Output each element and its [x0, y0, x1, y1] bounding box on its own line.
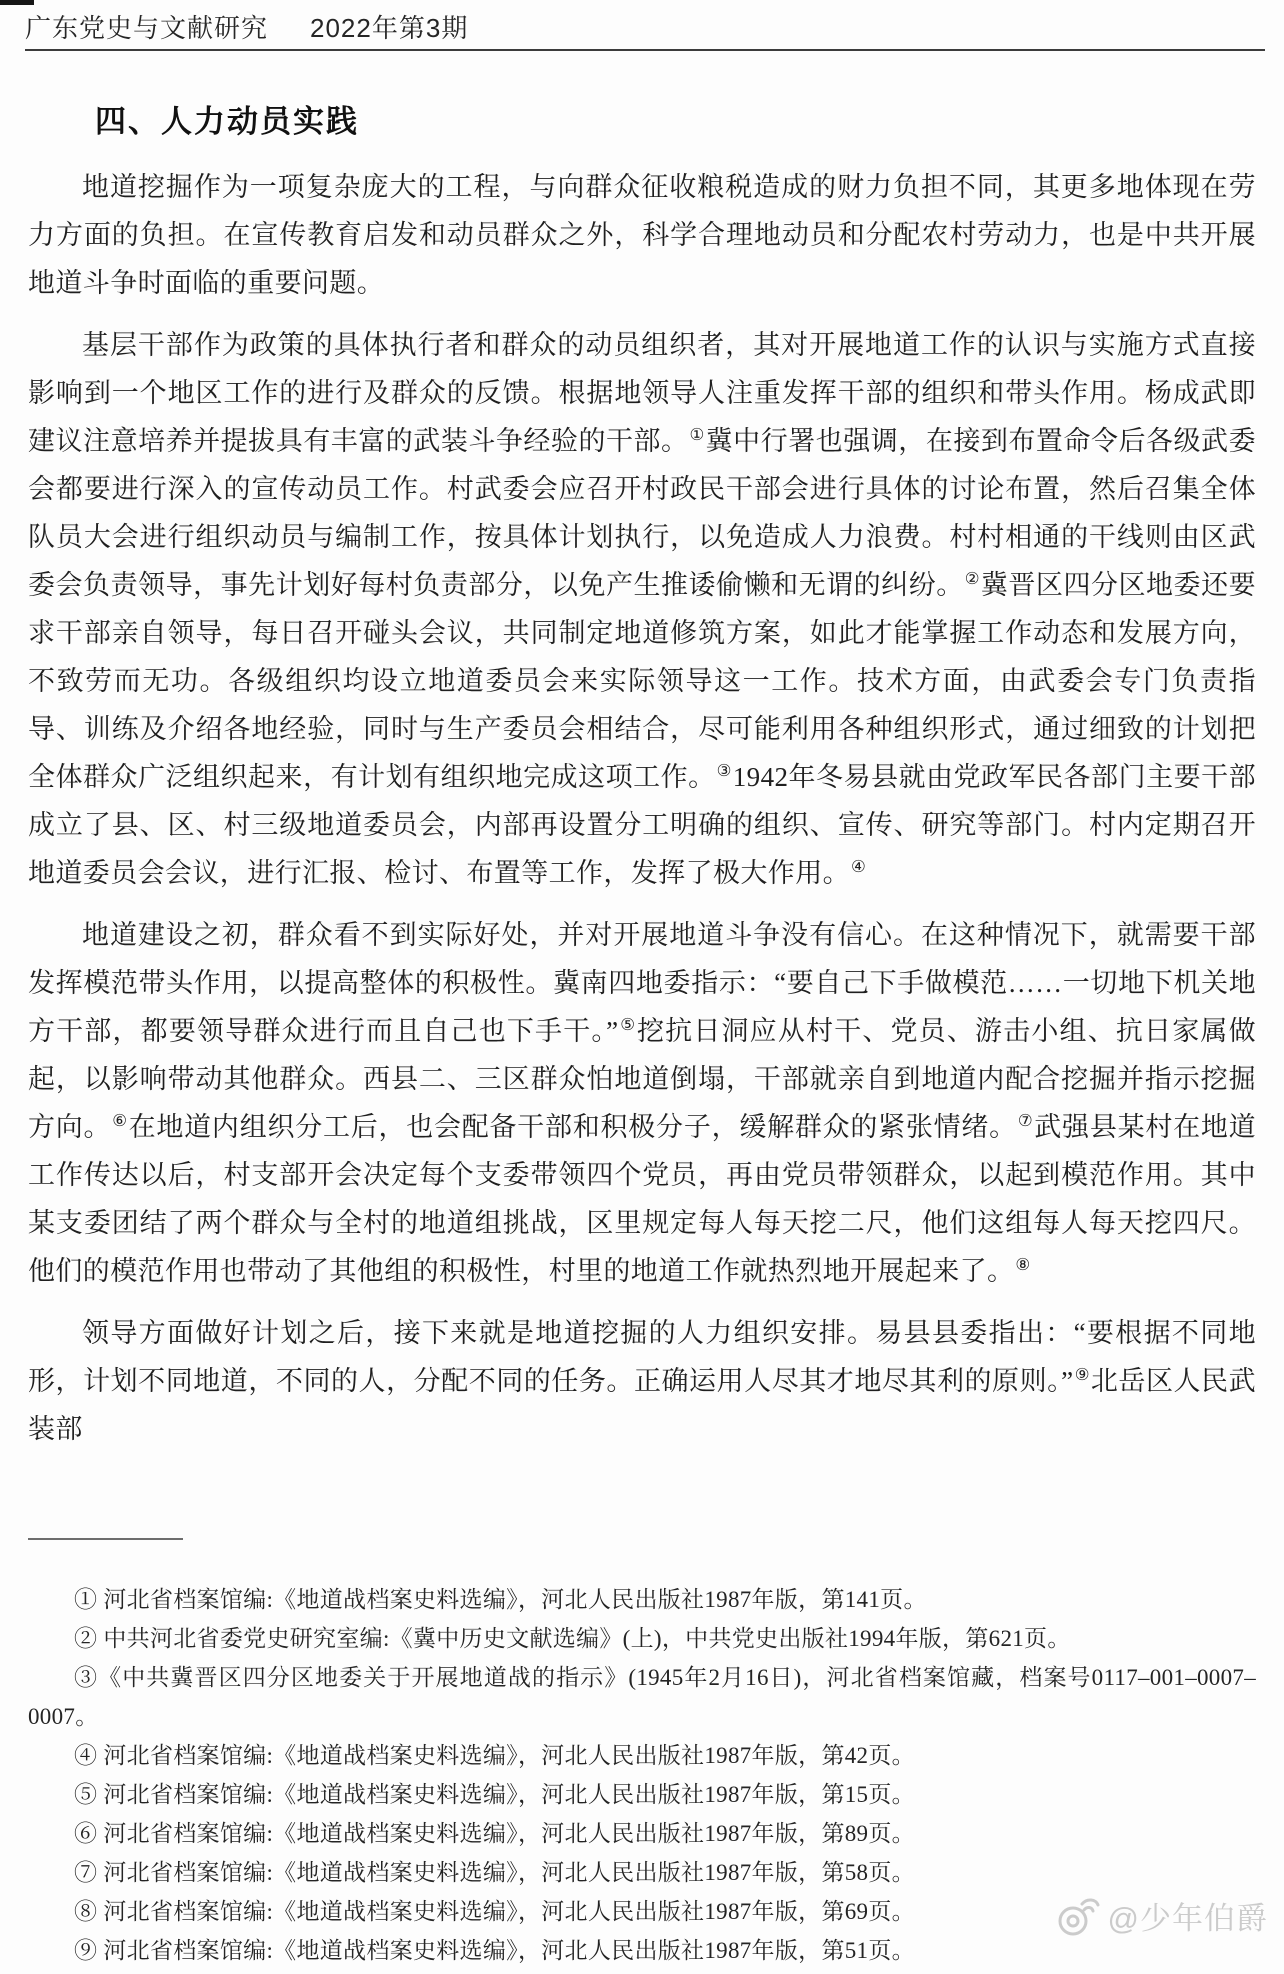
footnote-ref: ⑧: [1014, 1255, 1031, 1274]
weibo-camera-icon: [1054, 1894, 1100, 1938]
body-text: 地道挖掘作为一项复杂庞大的工程，与向群众征收粮税造成的财力负担不同，其更多地体现…: [28, 172, 1256, 298]
footnote-item: ① 河北省档案馆编:《地道战档案史料选编》，河北人民出版社1987年版，第141…: [28, 1580, 1256, 1619]
footnote-ref: ③: [716, 761, 733, 780]
paragraph: 基层干部作为政策的具体执行者和群众的动员组织者，其对开展地道工作的认识与实施方式…: [28, 321, 1256, 897]
paragraph: 地道挖掘作为一项复杂庞大的工程，与向群众征收粮税造成的财力负担不同，其更多地体现…: [28, 163, 1256, 307]
issue-label: 2022年第3期: [310, 13, 468, 43]
watermark: @少年伯爵: [1054, 1893, 1268, 1938]
watermark-handle: @少年伯爵: [1108, 1893, 1268, 1938]
footnote-item: ⑥ 河北省档案馆编:《地道战档案史料选编》，河北人民出版社1987年版，第89页…: [28, 1814, 1256, 1853]
footnote-ref: ⑨: [1074, 1365, 1091, 1384]
header-rule: [25, 49, 1265, 51]
paragraph: 地道建设之初，群众看不到实际好处，并对开展地道斗争没有信心。在这种情况下，就需要…: [28, 911, 1256, 1295]
footnote-ref: ①: [689, 425, 706, 444]
footnote-item: ② 中共河北省委党史研究室编:《冀中历史文献选编》(上)，中共党史出版社1994…: [28, 1619, 1256, 1658]
page-header: 广东党史与文献研究2022年第3期: [25, 8, 1255, 45]
footnote-item: ⑤ 河北省档案馆编:《地道战档案史料选编》，河北人民出版社1987年版，第15页…: [28, 1775, 1256, 1814]
article-body: 地道挖掘作为一项复杂庞大的工程，与向群众征收粮税造成的财力负担不同，其更多地体现…: [28, 163, 1256, 1467]
footnote-item: ③《中共冀晋区四分区地委关于开展地道战的指示》(1945年2月16日)，河北省档…: [28, 1658, 1256, 1736]
footnote-item: ④ 河北省档案馆编:《地道战档案史料选编》，河北人民出版社1987年版，第42页…: [28, 1736, 1256, 1775]
paragraph: 领导方面做好计划之后，接下来就是地道挖掘的人力组织安排。易县县委指出：“要根据不…: [28, 1309, 1256, 1453]
body-text: 在地道内组织分工后，也会配备干部和积极分子，缓解群众的紧张情绪。: [129, 1112, 1017, 1142]
body-text: 领导方面做好计划之后，接下来就是地道挖掘的人力组织安排。易县县委指出：“要根据不…: [28, 1318, 1256, 1396]
scan-artifact: [0, 0, 34, 5]
footnote-separator: [28, 1538, 183, 1540]
body-text: 冀晋区四分区地委还要求干部亲自领导，每日召开碰头会议，共同制定地道修筑方案，如此…: [28, 570, 1256, 792]
footnote-ref: ⑦: [1017, 1111, 1034, 1130]
journal-title: 广东党史与文献研究: [25, 13, 268, 43]
section-heading: 四、人力动员实践: [95, 96, 359, 141]
footnote-ref: ②: [964, 569, 981, 588]
footnote-item: ⑦ 河北省档案馆编:《地道战档案史料选编》，河北人民出版社1987年版，第58页…: [28, 1853, 1256, 1892]
footnote-ref: ⑥: [111, 1111, 128, 1130]
journal-page: 广东党史与文献研究2022年第3期 四、人力动员实践 地道挖掘作为一项复杂庞大的…: [0, 0, 1284, 1974]
footnote-ref: ④: [850, 857, 867, 876]
footnote-ref: ⑤: [618, 1015, 637, 1034]
